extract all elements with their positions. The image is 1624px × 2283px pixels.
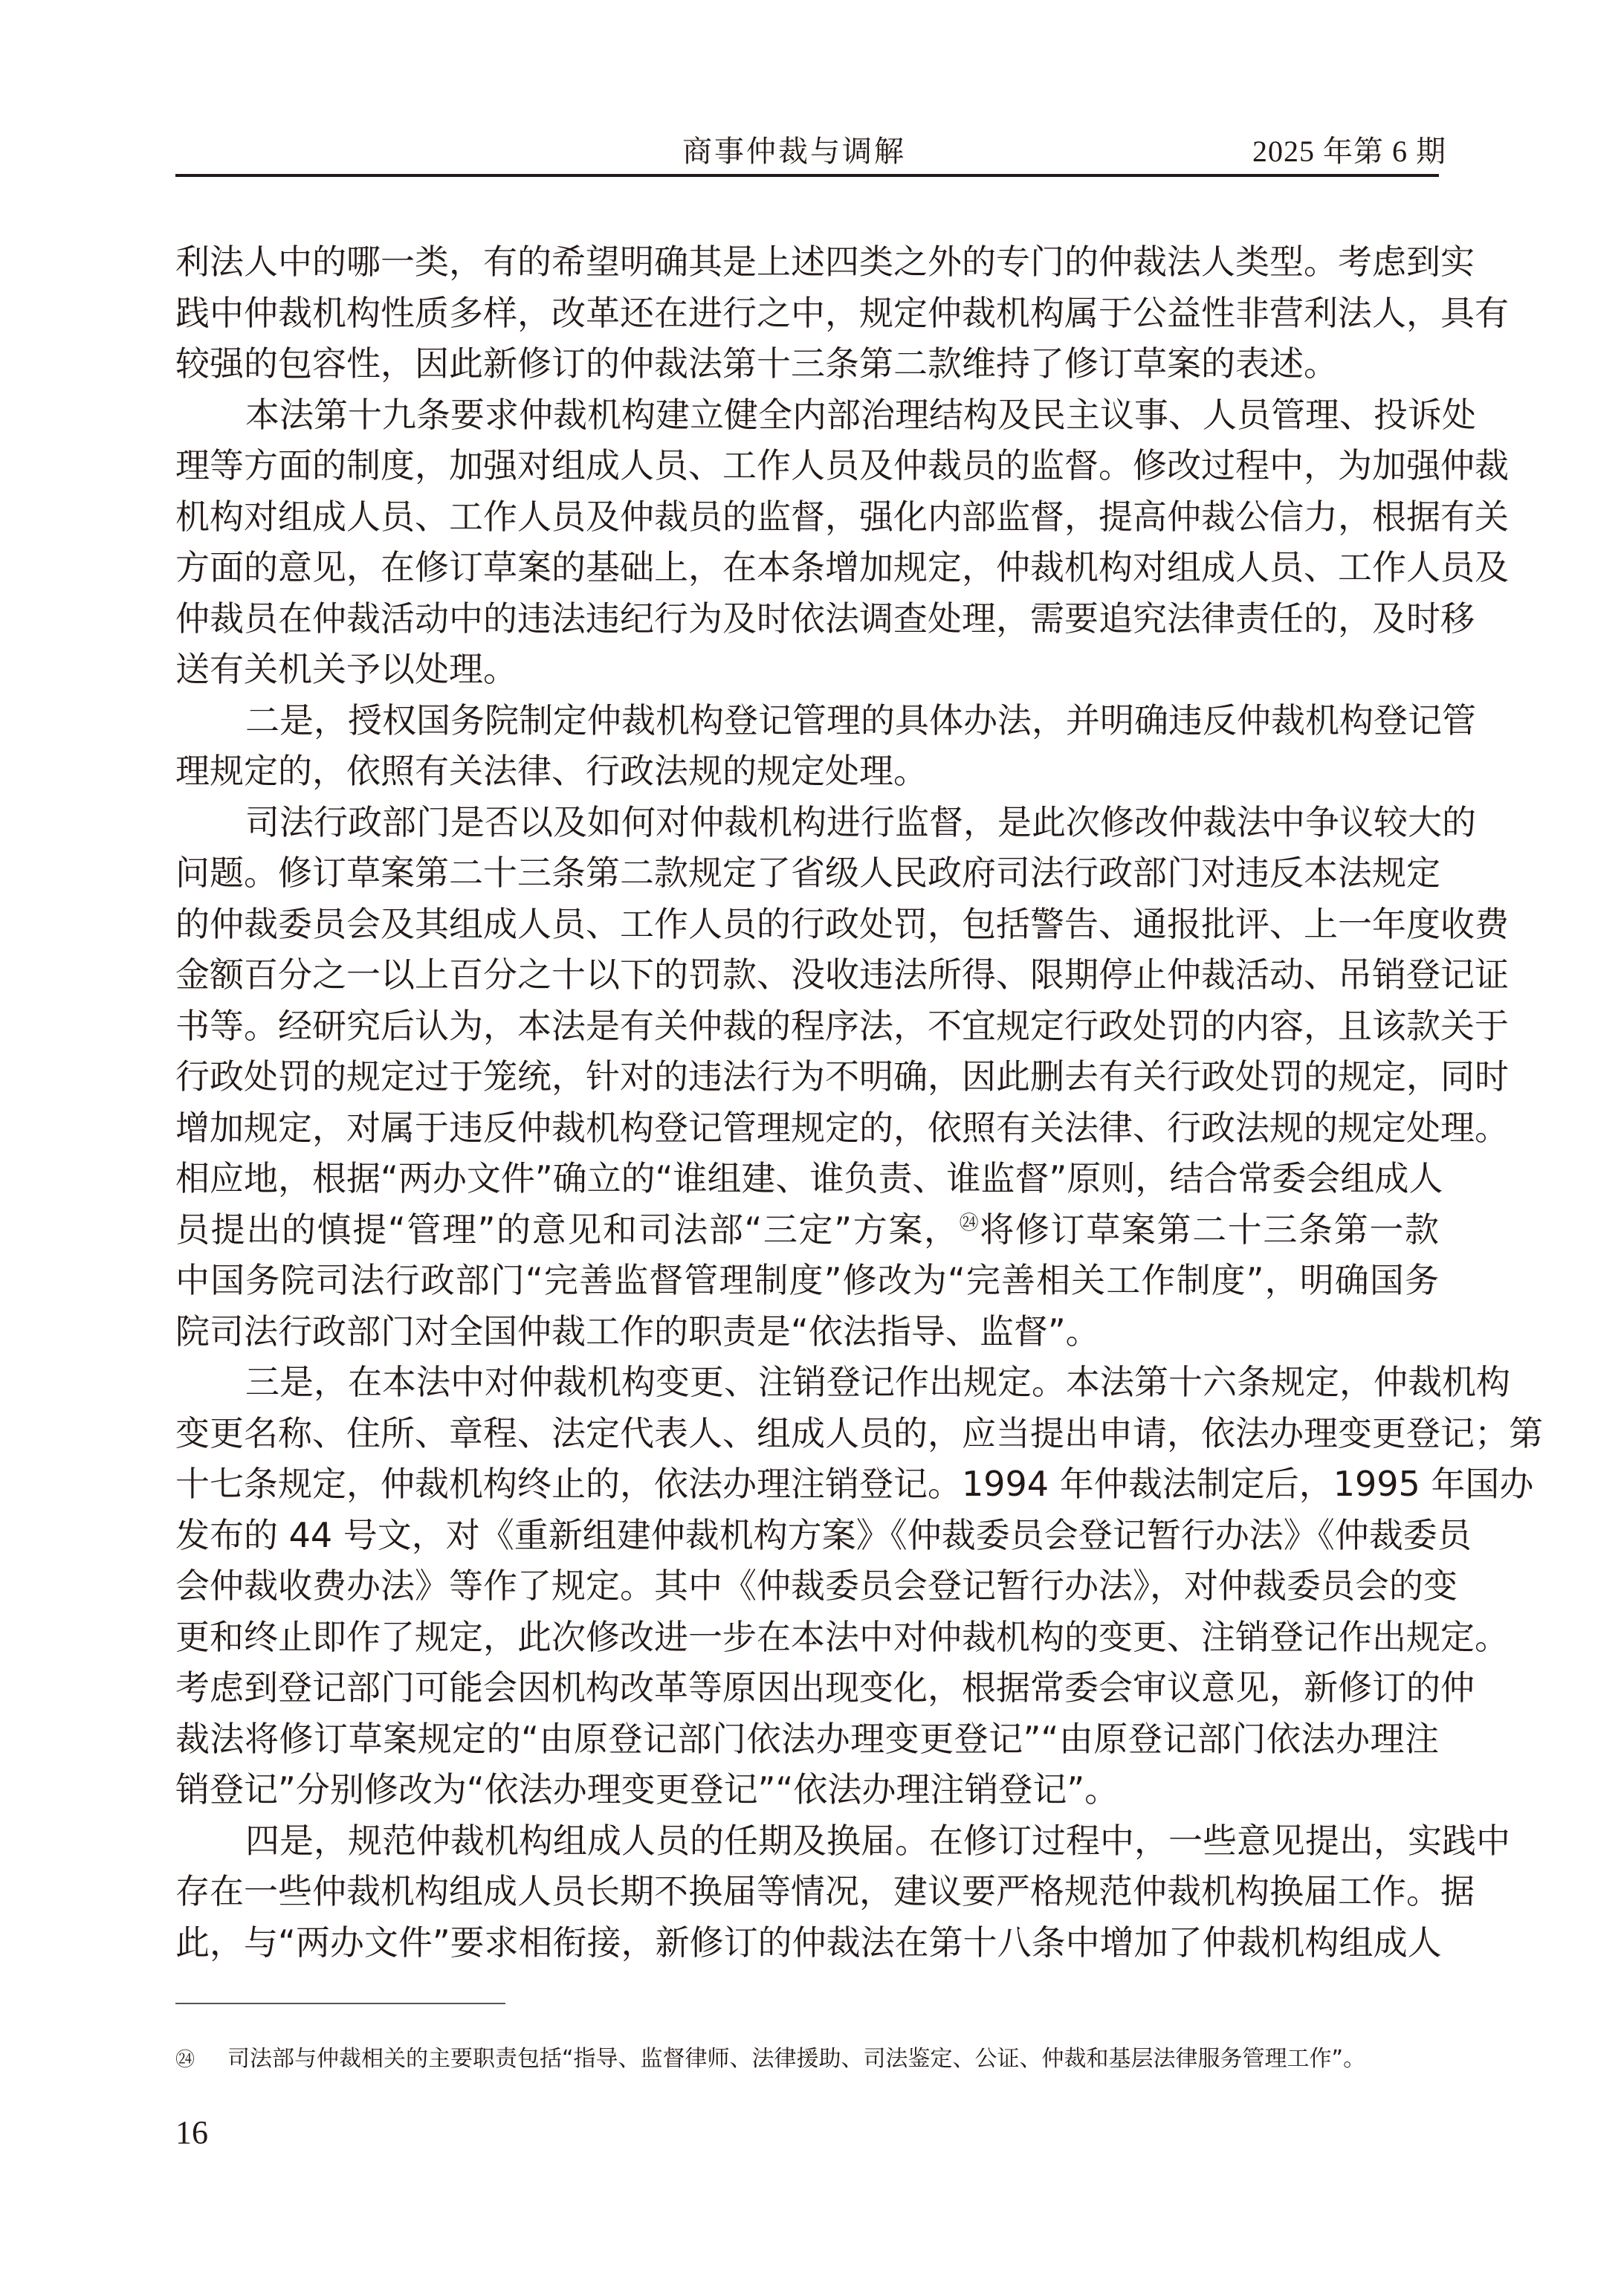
text-line: 问题。修订草案第二十三条第二款规定了省级人民政府司法行政部门对违反本法规定 bbox=[175, 847, 1439, 899]
text-line: 二是，授权国务院制定仲裁机构登记管理的具体办法，并明确违反仲裁机构登记管 bbox=[175, 695, 1439, 746]
footnote-text: 司法部与仲裁相关的主要职责包括“指导、监督律师、法律援助、司法鉴定、公证、仲裁和… bbox=[227, 2046, 1365, 2072]
text-line: 理规定的，依照有关法律、行政法规的规定处理。 bbox=[175, 746, 1439, 797]
text-line: 三是，在本法中对仲裁机构变更、注销登记作出规定。本法第十六条规定，仲裁机构 bbox=[175, 1357, 1439, 1408]
text-line: 方面的意见，在修订草案的基础上，在本条增加规定，仲裁机构对组成人员、工作人员及 bbox=[175, 542, 1439, 593]
footnote: ㉔司法部与仲裁相关的主要职责包括“指导、监督律师、法律援助、司法鉴定、公证、仲裁… bbox=[175, 2044, 1439, 2075]
text-line: 书等。经研究后认为，本法是有关仲裁的程序法，不宜规定行政处罚的内容，且该款关于 bbox=[175, 1001, 1439, 1052]
journal-name: 商事仲裁与调解 bbox=[682, 128, 906, 170]
issue-label: 2025 年第 6 期 bbox=[1252, 128, 1446, 170]
text-line: 考虑到登记部门可能会因机构改革等原因出现变化，根据常委会审议意见，新修订的仲 bbox=[175, 1662, 1439, 1714]
text-line: 践中仲裁机构性质多样，改革还在进行之中，规定仲裁机构属于公益性非营利法人，具有 bbox=[175, 288, 1439, 339]
header-rule bbox=[175, 174, 1439, 177]
text-line: 销登记”分别修改为“依法办理变更登记”“依法办理注销登记”。 bbox=[175, 1764, 1439, 1815]
text-line: 相应地，根据“两办文件”确立的“谁组建、谁负责、谁监督”原则，结合常委会组成人 bbox=[175, 1153, 1439, 1204]
paragraph: 三是，在本法中对仲裁机构变更、注销登记作出规定。本法第十六条规定，仲裁机构变更名… bbox=[175, 1357, 1439, 1815]
text-line: 较强的包容性，因此新修订的仲裁法第十三条第二款维持了修订草案的表述。 bbox=[175, 338, 1439, 390]
text-line: 四是，规范仲裁机构组成人员的任期及换届。在修订过程中，一些意见提出，实践中 bbox=[175, 1815, 1439, 1867]
paragraph: 二是，授权国务院制定仲裁机构登记管理的具体办法，并明确违反仲裁机构登记管理规定的… bbox=[175, 695, 1439, 797]
text-line: 机构对组成人员、工作人员及仲裁员的监督，强化内部监督，提高仲裁公信力，根据有关 bbox=[175, 491, 1439, 543]
text-line: 利法人中的哪一类，有的希望明确其是上述四类之外的专门的仲裁法人类型。考虑到实 bbox=[175, 236, 1439, 288]
footnote-mark: ㉔ bbox=[175, 2045, 227, 2075]
text-line: 裁法将修订草案规定的“由原登记部门依法办理变更登记”“由原登记部门依法办理注 bbox=[175, 1714, 1439, 1765]
text-line: 会仲裁收费办法》等作了规定。其中《仲裁委员会登记暂行办法》，对仲裁委员会的变 bbox=[175, 1560, 1439, 1612]
text-line: 院司法行政部门对全国仲裁工作的职责是“依法指导、监督”。 bbox=[175, 1306, 1439, 1357]
text-line: 员提出的慎提“管理”的意见和司法部“三定”方案，㉔将修订草案第二十三条第一款 bbox=[175, 1204, 1439, 1256]
text-line: 发布的 44 号文，对《重新组建仲裁机构方案》《仲裁委员会登记暂行办法》《仲裁委… bbox=[175, 1510, 1439, 1561]
paragraph: 司法行政部门是否以及如何对仲裁机构进行监督，是此次修改仲裁法中争议较大的问题。修… bbox=[175, 797, 1439, 1357]
text-line: 送有关机关予以处理。 bbox=[175, 644, 1439, 695]
footnote-reference[interactable]: ㉔ bbox=[960, 1212, 980, 1234]
paragraph: 本法第十九条要求仲裁机构建立健全内部治理结构及民主议事、人员管理、投诉处理等方面… bbox=[175, 390, 1439, 695]
article-body: 利法人中的哪一类，有的希望明确其是上述四类之外的专门的仲裁法人类型。考虑到实践中… bbox=[175, 236, 1439, 1968]
text-line: 十七条规定，仲裁机构终止的，依法办理注销登记。1994 年仲裁法制定后，1995… bbox=[175, 1459, 1439, 1510]
text-line: 存在一些仲裁机构组成人员长期不换届等情况，建议要严格规范仲裁机构换届工作。据 bbox=[175, 1866, 1439, 1917]
text-line: 更和终止即作了规定，此次修改进一步在本法中对仲裁机构的变更、注销登记作出规定。 bbox=[175, 1612, 1439, 1663]
text-line: 中国务院司法行政部门“完善监督管理制度”修改为“完善相关工作制度”，明确国务 bbox=[175, 1255, 1439, 1306]
text-line: 司法行政部门是否以及如何对仲裁机构进行监督，是此次修改仲裁法中争议较大的 bbox=[175, 797, 1439, 848]
text-line: 此，与“两办文件”要求相衔接，新修订的仲裁法在第十八条中增加了仲裁机构组成人 bbox=[175, 1917, 1439, 1969]
text-line: 理等方面的制度，加强对组成人员、工作人员及仲裁员的监督。修改过程中，为加强仲裁 bbox=[175, 440, 1439, 491]
text-line: 金额百分之一以上百分之十以下的罚款、没收违法所得、限期停止仲裁活动、吊销登记证 bbox=[175, 949, 1439, 1001]
text-line: 变更名称、住所、章程、法定代表人、组成人员的，应当提出申请，依法办理变更登记；第 bbox=[175, 1408, 1439, 1459]
text-line: 增加规定，对属于违反仲裁机构登记管理规定的，依照有关法律、行政法规的规定处理。 bbox=[175, 1102, 1439, 1154]
paragraph: 利法人中的哪一类，有的希望明确其是上述四类之外的专门的仲裁法人类型。考虑到实践中… bbox=[175, 236, 1439, 390]
paragraph: 四是，规范仲裁机构组成人员的任期及换届。在修订过程中，一些意见提出，实践中存在一… bbox=[175, 1815, 1439, 1969]
text-line: 本法第十九条要求仲裁机构建立健全内部治理结构及民主议事、人员管理、投诉处 bbox=[175, 390, 1439, 441]
footnote-rule bbox=[175, 2003, 505, 2004]
text-line: 的仲裁委员会及其组成人员、工作人员的行政处罚，包括警告、通报批评、上一年度收费 bbox=[175, 899, 1439, 950]
text-line: 行政处罚的规定过于笼统，针对的违法行为不明确，因此删去有关行政处罚的规定，同时 bbox=[175, 1051, 1439, 1102]
running-header: 商事仲裁与调解 2025 年第 6 期 bbox=[175, 128, 1439, 172]
text-line: 仲裁员在仲裁活动中的违法违纪行为及时依法调查处理，需要追究法律责任的，及时移 bbox=[175, 593, 1439, 645]
page-number: 16 bbox=[175, 2114, 208, 2151]
